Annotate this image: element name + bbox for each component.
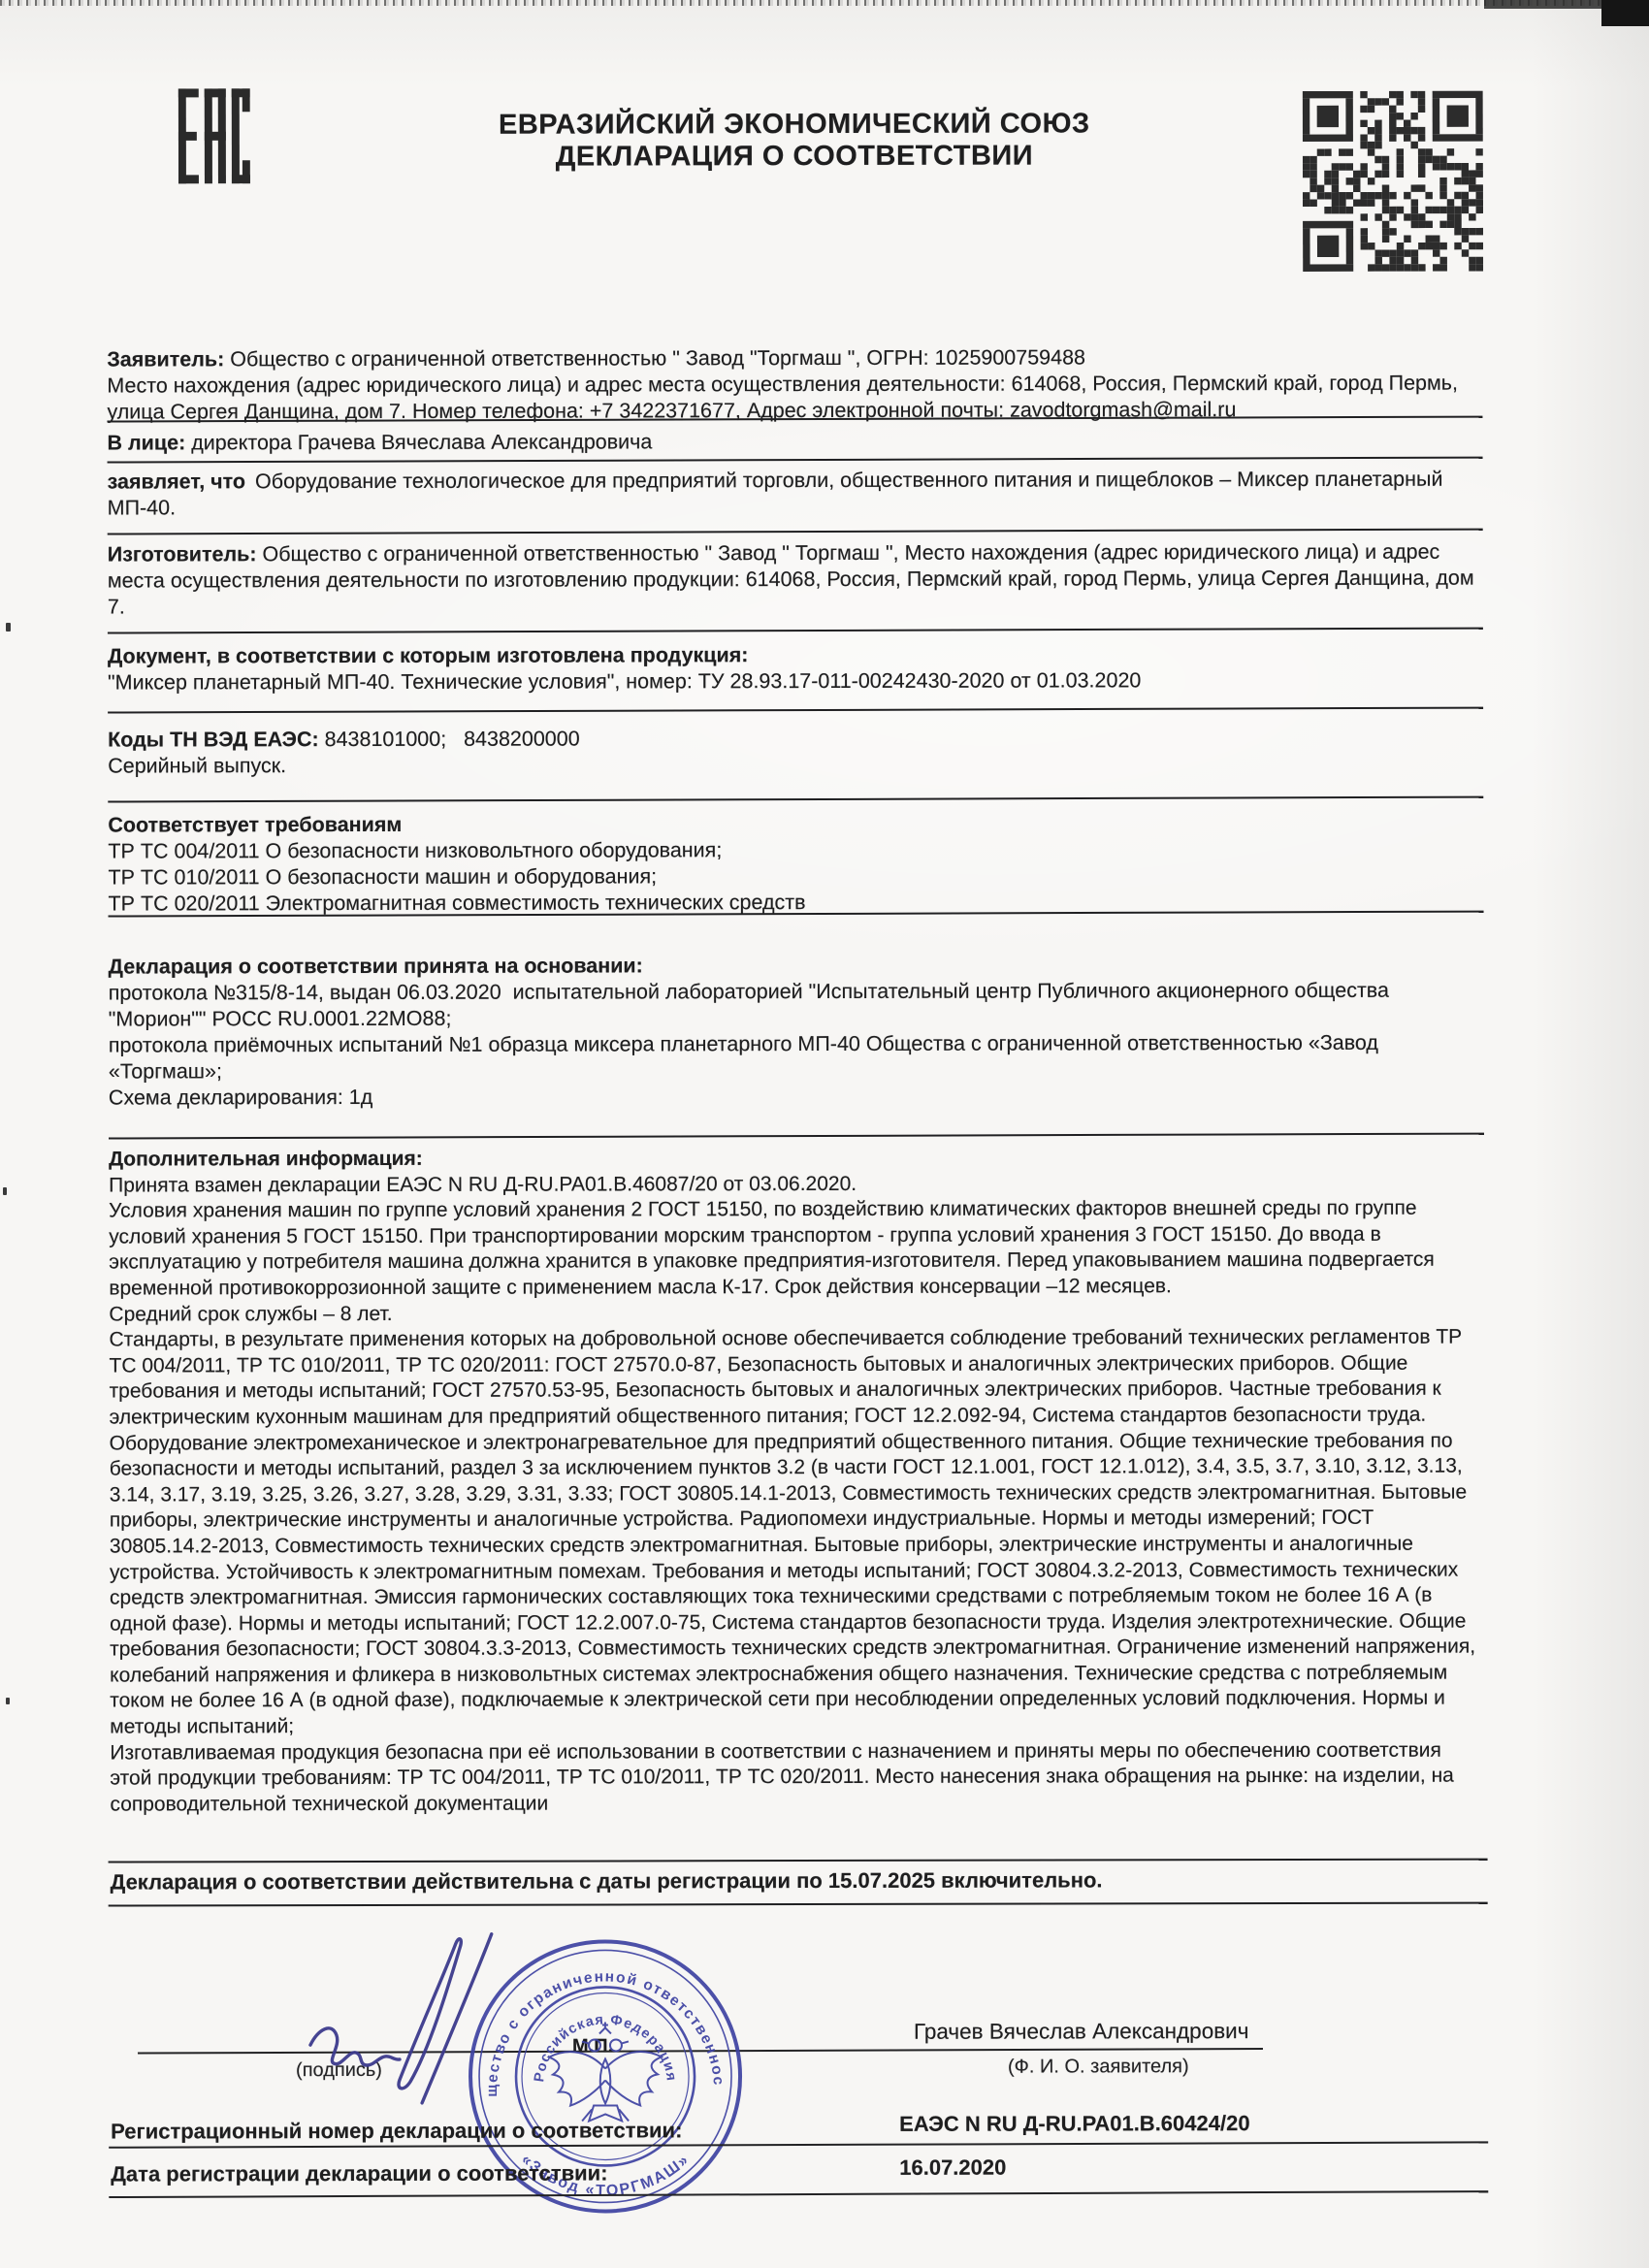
serial-issue-text: Серийный выпуск.	[108, 754, 286, 777]
in-person-text: директора Грачева Вячеслава Александрови…	[191, 430, 652, 454]
registration-date-label: Дата регистрации декларации о соответств…	[111, 2160, 607, 2187]
registration-number-value: ЕАЭС N RU Д-RU.РА01.В.60424/20	[899, 2111, 1249, 2137]
separator-line	[108, 707, 1483, 714]
applicant-label: Заявитель:	[107, 347, 224, 371]
applicant-intro: Общество с ограниченной ответственностью…	[230, 345, 1085, 371]
registration-number-label: Регистрационный номер декларации о соотв…	[111, 2118, 682, 2144]
declares-text: Оборудование технологическое для предпри…	[108, 468, 1443, 520]
declaration-document-page: ЕВРАЗИЙСКИЙ ЭКОНОМИЧЕСКИЙ СОЮЗ ДЕКЛАРАЦИ…	[0, 0, 1649, 2268]
validity-statement: Декларация о соответствии действительна …	[111, 1867, 1486, 1895]
in-person-label: В лице:	[107, 431, 185, 454]
separator-line	[108, 796, 1483, 803]
separator-line	[109, 1859, 1488, 1863]
tnved-label: Коды ТН ВЭД ЕАЭС:	[108, 728, 319, 751]
separator-line	[108, 529, 1483, 535]
in-person-paragraph: В лице: директора Грачева Вячеслава Алек…	[107, 428, 1482, 457]
tnved-paragraph: Коды ТН ВЭД ЕАЭС: 8438101000; 8438200000…	[108, 725, 1483, 780]
basis-line-3: Схема декларирования: 1д	[109, 1083, 1484, 1112]
additional-info-section: Дополнительная информация: Принята взаме…	[109, 1145, 1485, 1818]
additional-paragraph-5: Изготавливаемая продукция безопасна при …	[110, 1737, 1485, 1818]
additional-paragraph-2: Условия хранения машин по группе условий…	[109, 1196, 1484, 1302]
product-document-paragraph: Документ, в соответствии с которым изгот…	[108, 641, 1483, 697]
manufacturer-paragraph: Изготовитель: Общество с ограниченной от…	[108, 539, 1483, 621]
declares-paragraph: заявляет, чтоОборудование технологическо…	[108, 467, 1483, 522]
registration-date-value: 16.07.2020	[899, 2155, 1006, 2181]
basis-line-2: протокола приёмочных испытаний №1 образц…	[109, 1030, 1484, 1085]
applicant-paragraph: Заявитель: Общество с ограниченной ответ…	[107, 344, 1482, 426]
basis-heading: Декларация о соответствии принята на осн…	[109, 952, 1484, 981]
additional-paragraph-3: Средний срок службы – 8 лет.	[109, 1299, 1484, 1328]
compliance-item-1: ТР ТС 004/2011 О безопасности низковольт…	[108, 836, 1483, 865]
compliance-item-2: ТР ТС 010/2011 О безопасности машин и об…	[108, 862, 1483, 891]
separator-line	[108, 628, 1483, 634]
separator-line	[109, 1902, 1488, 1907]
basis-line-1: протокола №315/8-14, выдан 06.03.2020 ис…	[109, 978, 1484, 1033]
separator-line	[109, 2190, 1488, 2198]
compliance-heading: Соответствует требованиям	[108, 810, 1483, 839]
product-document-text: "Миксер планетарный МП-40. Технические у…	[108, 668, 1141, 694]
applicant-name-caption: (Ф. И. О. заявителя)	[1008, 2056, 1189, 2078]
separator-line	[109, 1133, 1484, 1140]
applicant-name: Грачев Вячеслав Александрович	[914, 2019, 1249, 2045]
additional-paragraph-1: Принята взамен декларации ЕАЭС N RU Д-RU…	[109, 1170, 1484, 1199]
additional-paragraph-4: Стандарты, в результате применения котор…	[109, 1325, 1485, 1740]
tnved-codes: 8438101000; 8438200000	[325, 728, 580, 752]
manufacturer-text: Общество с ограниченной ответственностью…	[108, 540, 1474, 619]
document-body: Заявитель: Общество с ограниченной ответ…	[107, 0, 1486, 1818]
separator-line	[108, 457, 1483, 464]
product-document-label: Документ, в соответствии с которым изгот…	[108, 643, 749, 667]
declares-label: заявляет, что	[108, 470, 245, 493]
manufacturer-label: Изготовитель:	[108, 542, 257, 566]
additional-info-heading: Дополнительная информация:	[109, 1145, 1484, 1174]
